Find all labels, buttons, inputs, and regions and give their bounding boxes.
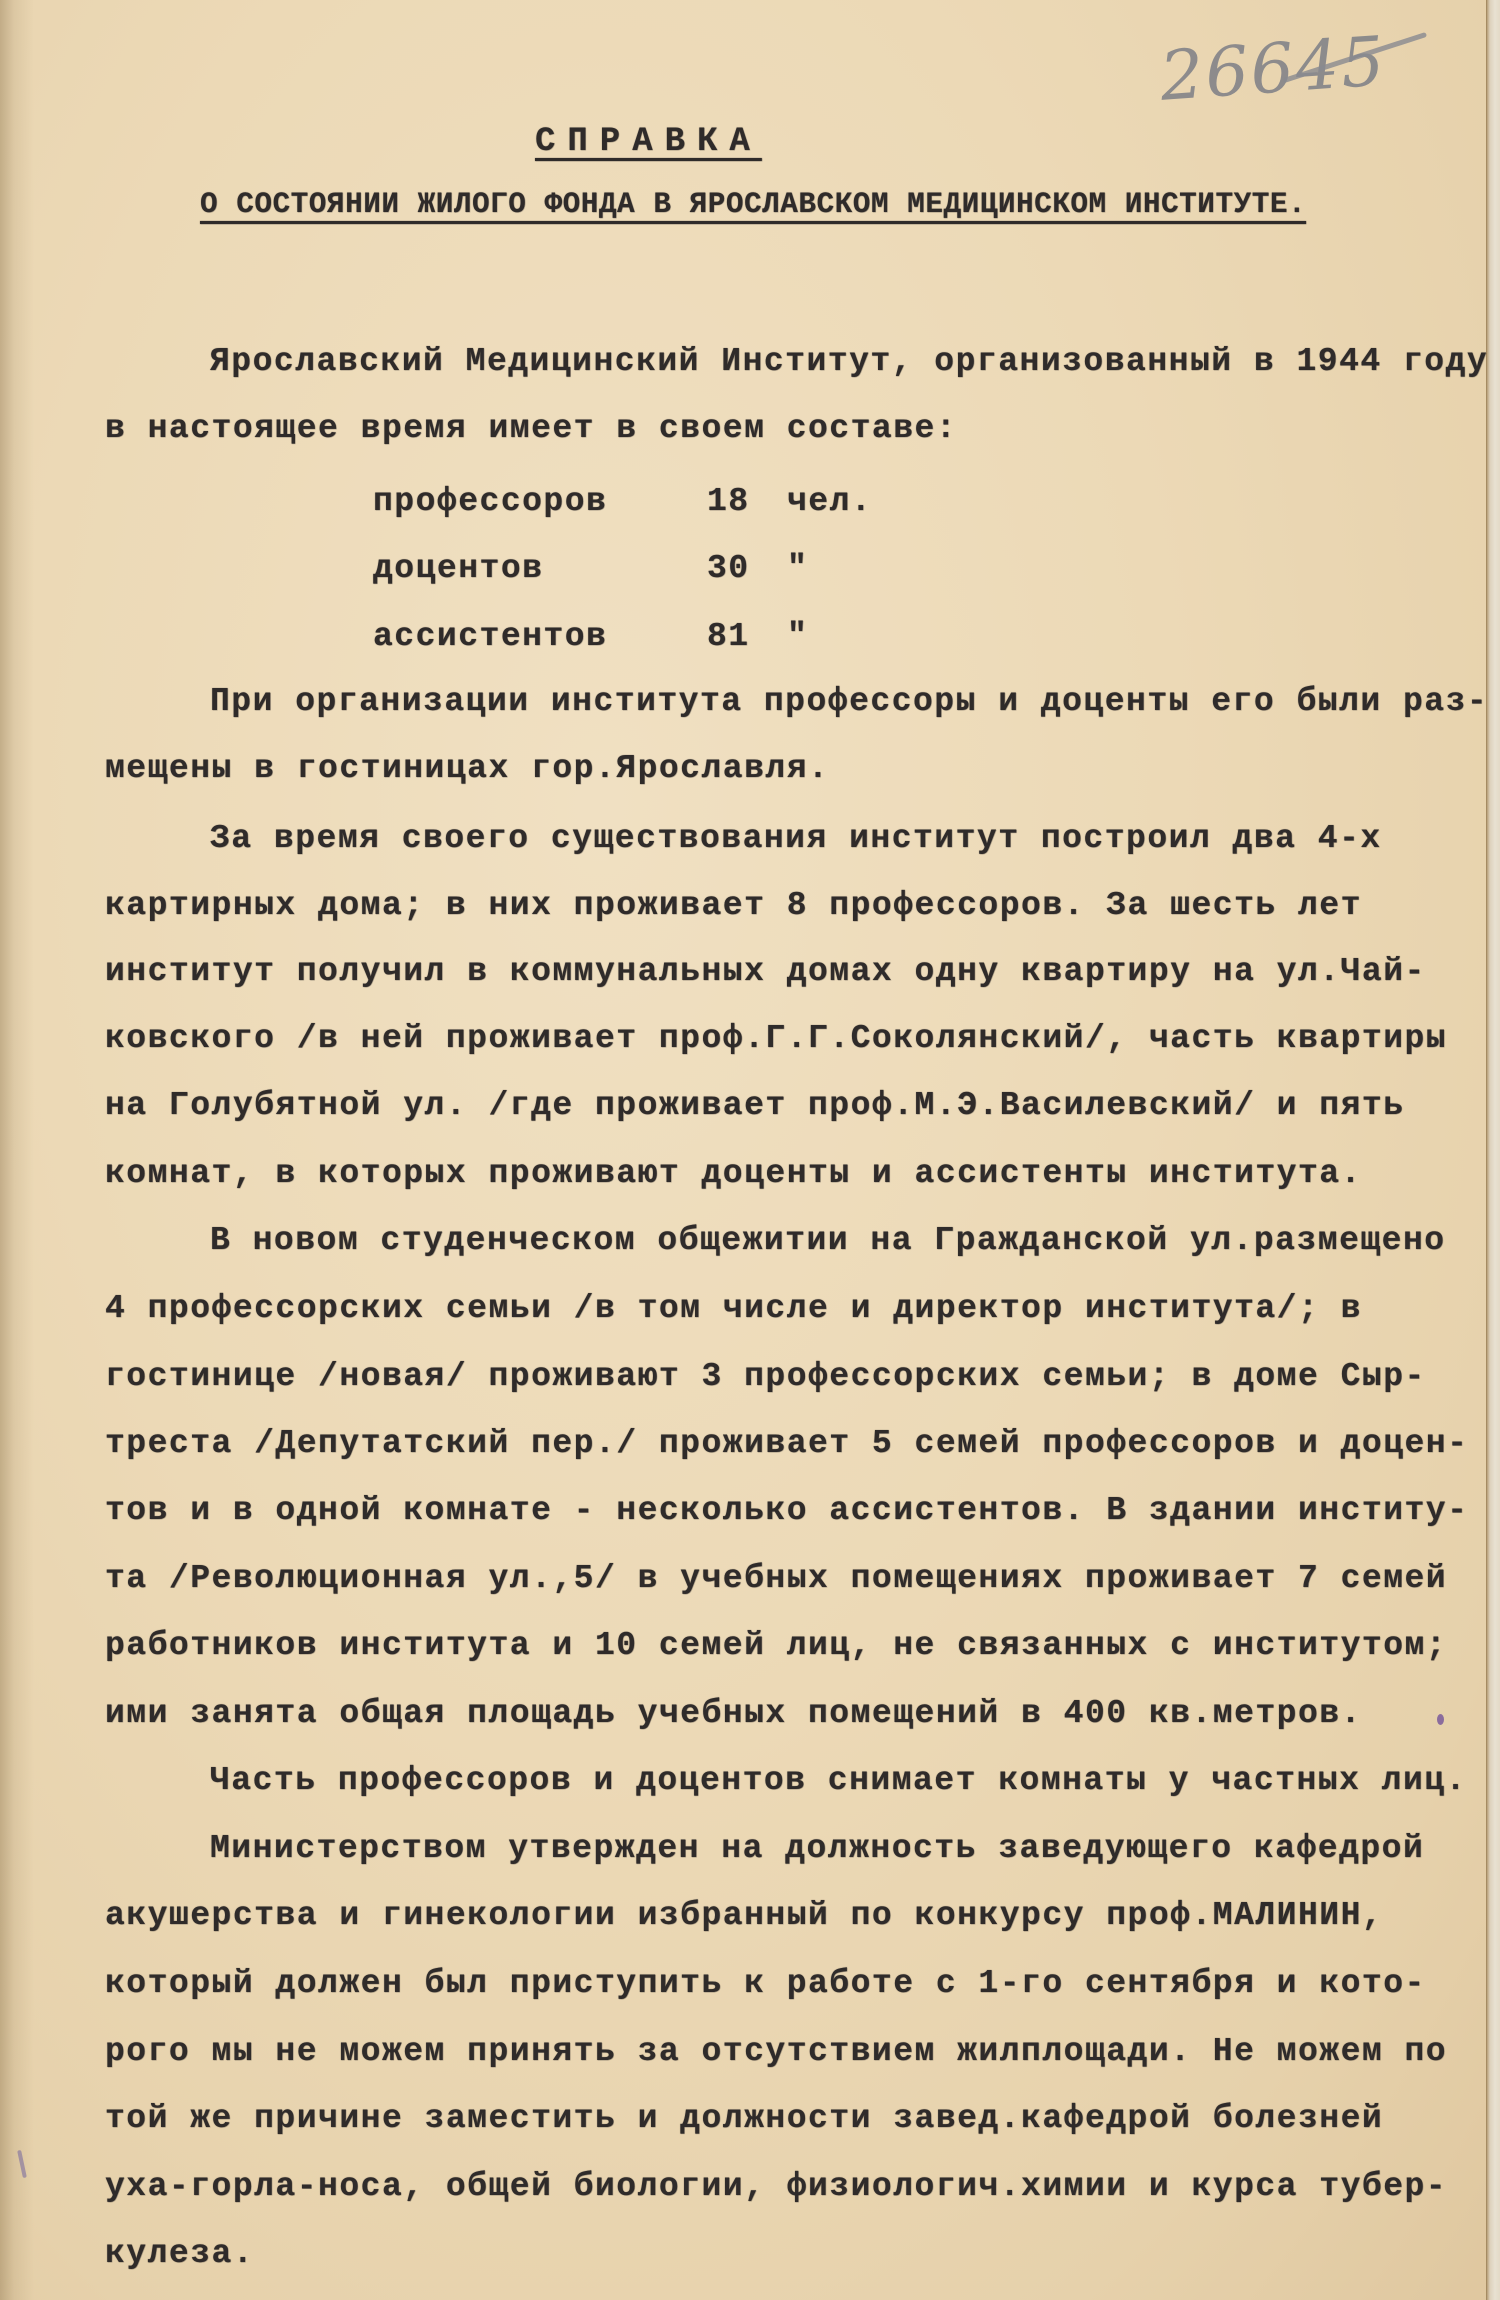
ink-mark — [1437, 1714, 1444, 1725]
staff-role: доцентов — [373, 550, 543, 587]
staff-count: 18 — [707, 483, 750, 520]
text-line: ими занята общая площадь учебных помещен… — [105, 1695, 1362, 1732]
text-line: та /Революционная ул.,5/ в учебных помещ… — [105, 1560, 1447, 1597]
text-line: Часть профессоров и доцентов снимает ком… — [210, 1762, 1467, 1799]
text-line: той же причине заместить и должности зав… — [105, 2100, 1383, 2137]
text-line: работников института и 10 семей лиц, не … — [105, 1627, 1447, 1664]
staff-count: 81 — [707, 618, 750, 655]
text-line: комнат, в которых проживают доценты и ас… — [105, 1155, 1362, 1192]
text-line: 4 профессорских семьи /в том числе и дир… — [105, 1290, 1362, 1327]
archive-number: 26645 — [1158, 22, 1389, 117]
text-line: При организации института профессоры и д… — [210, 683, 1488, 720]
document-page: 26645 СПРАВКА О СОСТОЯНИИ ЖИЛОГО ФОНДА В… — [0, 0, 1500, 2300]
text-line: ковского /в ней проживает проф.Г.Г.Сокол… — [105, 1020, 1447, 1057]
text-line: тов и в одной комнате - несколько ассист… — [105, 1492, 1468, 1529]
text-line: треста /Депутатский пер./ проживает 5 се… — [105, 1425, 1468, 1462]
intro-line: Ярославский Медицинский Институт, органи… — [210, 343, 1488, 380]
intro-line: в настоящее время имеет в своем составе: — [105, 410, 957, 447]
text-line: В новом студенческом общежитии на Гражда… — [210, 1222, 1446, 1259]
text-line: картирных дома; в них проживает 8 профес… — [105, 887, 1362, 924]
text-line: мещены в гостиницах гор.Ярославля. — [105, 750, 829, 787]
text-line: За время своего существования институт п… — [210, 820, 1382, 857]
text-line: акушерства и гинекологии избранный по ко… — [105, 1897, 1383, 1934]
document-subtitle: О СОСТОЯНИИ ЖИЛОГО ФОНДА В ЯРОСЛАВСКОМ М… — [200, 188, 1306, 222]
staff-unit: " — [787, 618, 808, 655]
text-line: рого мы не можем принять за отсутствием … — [105, 2033, 1447, 2070]
text-line: институт получил в коммунальных домах од… — [105, 953, 1426, 990]
staff-unit: чел. — [787, 483, 872, 520]
text-line: гостинице /новая/ проживают 3 профессорс… — [105, 1358, 1426, 1395]
text-line: уха-горла-носа, общей биологии, физиолог… — [105, 2168, 1447, 2205]
staff-count: 30 — [707, 550, 750, 587]
text-line: который должен был приступить к работе с… — [105, 1965, 1426, 2002]
staff-unit: " — [787, 550, 808, 587]
staff-role: профессоров — [373, 483, 607, 520]
text-line: Министерством утвержден на должность зав… — [210, 1830, 1424, 1867]
margin-pencil-mark — [17, 2150, 27, 2178]
text-line: на Голубятной ул. /где проживает проф.М.… — [105, 1087, 1405, 1124]
document-title: СПРАВКА — [535, 123, 762, 161]
text-line: кулеза. — [105, 2235, 254, 2272]
staff-role: ассистентов — [373, 618, 607, 655]
